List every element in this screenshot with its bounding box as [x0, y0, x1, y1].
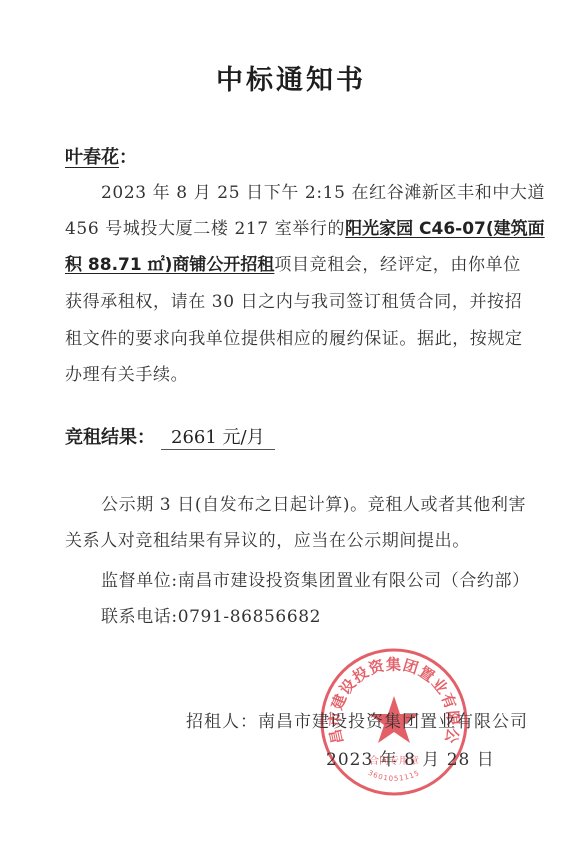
highlighted-project-text: 阳光家园 C46-07(建筑面 [345, 219, 545, 239]
page-title: 中标通知书 [0, 58, 582, 97]
notice-line-1: 公示期 3 日(自发布之日起计算)。竞租人或者其他利害 [101, 490, 525, 515]
body-line: 2023 年 8 月 25 日下午 2:15 在红谷滩新区丰和中大道 [101, 178, 525, 203]
body-line: 租文件的要求向我单位提供相应的履约保证。据此，按规定 [65, 324, 525, 349]
bid-result-value: 2661 元/月 [161, 423, 275, 450]
recipient-name: 叶春花 [65, 147, 119, 168]
body-line: 456 号城投大厦二楼 217 室举行的阳光家园 C46-07(建筑面 [65, 214, 525, 239]
body-text: 项目竞租会，经评定，由你单位 [274, 255, 520, 275]
body-line: 办理有关手续。 [65, 360, 525, 385]
bid-result: 竞租结果：2661 元/月 [65, 423, 275, 450]
svg-text:3601051115: 3601051115 [367, 769, 421, 783]
body-text: 2023 年 8 月 25 日下午 2:15 在红谷滩新区丰和中大道 [101, 183, 545, 203]
highlighted-project-text: 积 88.71 ㎡)商铺公开招租 [65, 255, 274, 275]
date-line: 2023 年 8 月 28 日 [326, 745, 495, 770]
body-line: 获得承租权，请在 30 日之内与我司签订租赁合同，并按招 [65, 287, 525, 312]
contact-line: 联系电话:0791-86856682 [101, 602, 525, 627]
notice-line-2: 关系人对竞租结果有异议的，应当在公示期间提出。 [65, 526, 525, 551]
signer-line: 招租人：南昌市建设投资集团置业有限公司 [186, 707, 528, 732]
body-text: 租文件的要求向我单位提供相应的履约保证。据此，按规定 [65, 329, 523, 349]
body-text: 456 号城投大厦二楼 217 室举行的 [65, 219, 345, 239]
document-page: 中标通知书 叶春花： 2023 年 8 月 25 日下午 2:15 在红谷滩新区… [0, 0, 582, 856]
salutation: 叶春花： [65, 143, 137, 169]
bid-result-label: 竞租结果： [65, 427, 155, 448]
body-text: 办理有关手续。 [65, 365, 188, 385]
seal-serial: 3601051115 [367, 769, 421, 783]
body-text: 获得承租权，请在 30 日之内与我司签订租赁合同，并按招 [65, 292, 522, 312]
salutation-colon: ： [119, 147, 137, 168]
body-line: 积 88.71 ㎡)商铺公开招租项目竞租会，经评定，由你单位 [65, 250, 525, 275]
supervisor-line: 监督单位:南昌市建设投资集团置业有限公司（合约部） [101, 566, 561, 591]
